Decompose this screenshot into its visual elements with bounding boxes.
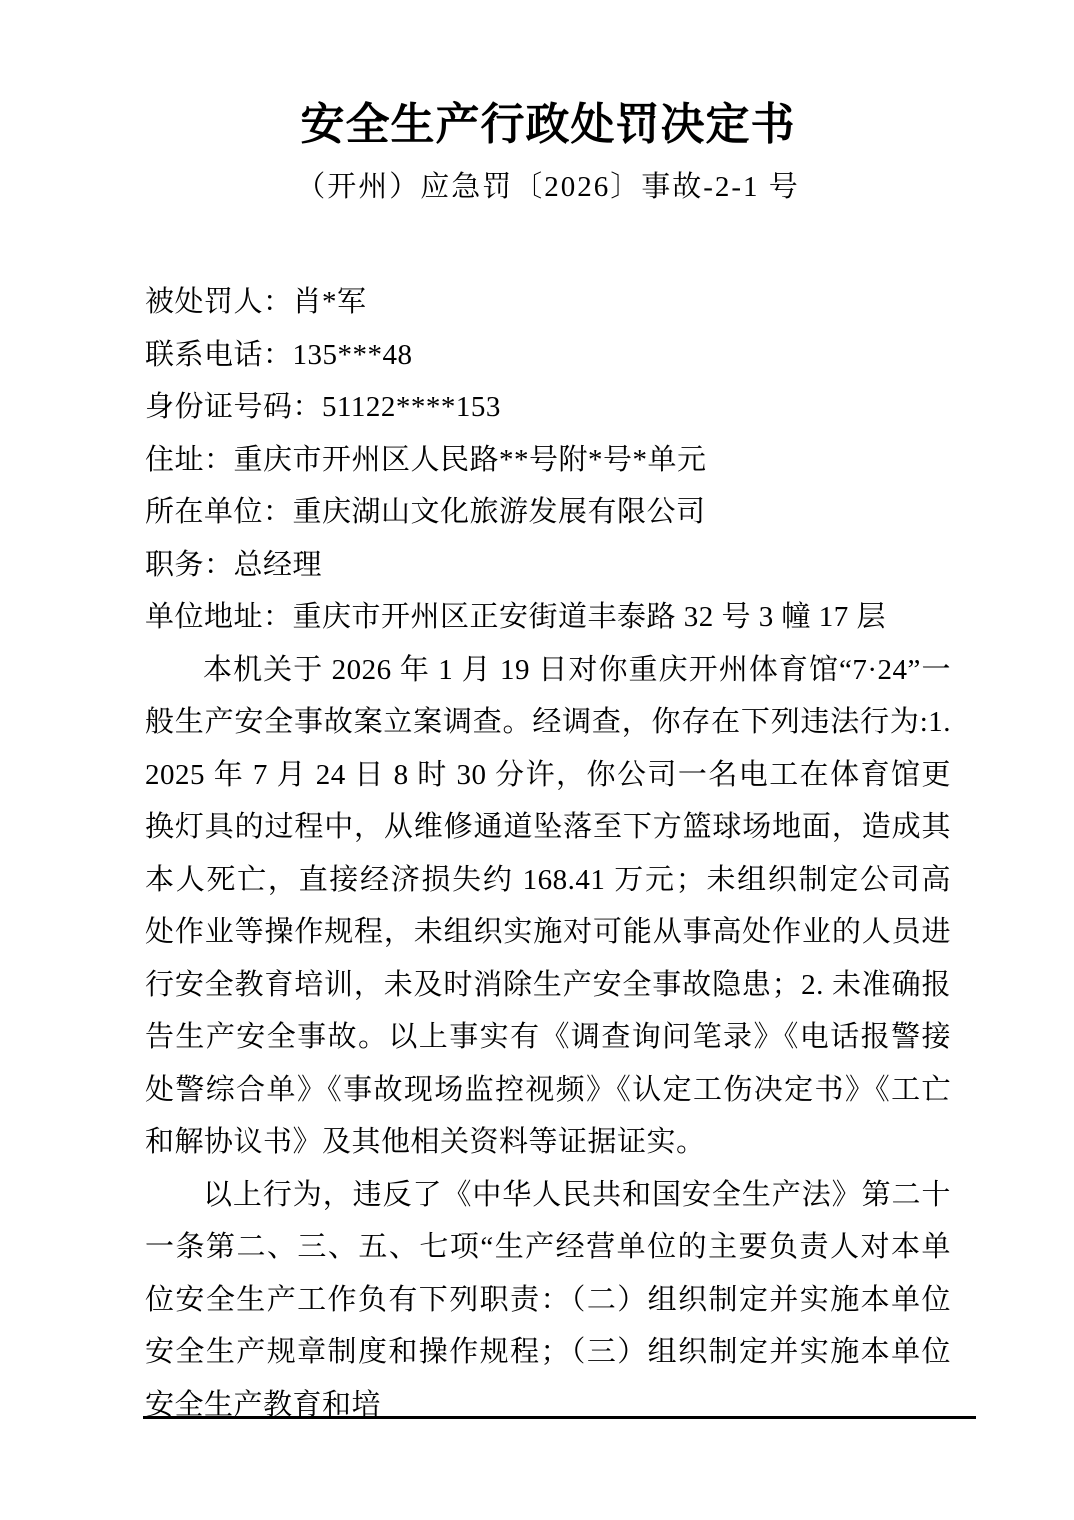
document-number: （开州）应急罚〔2026〕事故-2-1 号 [145, 164, 951, 210]
recipient-info-block: 被处罚人：肖*军 联系电话：135***48 身份证号码：51122****15… [145, 276, 951, 644]
recipient-phone-line: 联系电话：135***48 [145, 329, 951, 382]
recipient-address-line: 住址：重庆市开州区人民路**号附*号*单元 [145, 434, 951, 487]
document-content: 安全生产行政处罚决定书 （开州）应急罚〔2026〕事故-2-1 号 被处罚人：肖… [145, 0, 951, 1431]
recipient-name-line: 被处罚人：肖*军 [145, 276, 951, 329]
recipient-employer-line: 所在单位：重庆湖山文化旅游发展有限公司 [145, 486, 951, 539]
body-paragraph-legal-basis: 以上行为，违反了《中华人民共和国安全生产法》第二十一条第二、三、五、七项“生产经… [145, 1169, 951, 1432]
recipient-id-number-line: 身份证号码：51122****153 [145, 381, 951, 434]
document-title: 安全生产行政处罚决定书 [145, 96, 951, 154]
recipient-employer-address-line: 单位地址：重庆市开州区正安街道丰泰路 32 号 3 幢 17 层 [145, 591, 951, 644]
footer-divider-line [143, 1416, 976, 1419]
document-page: 安全生产行政处罚决定书 （开州）应急罚〔2026〕事故-2-1 号 被处罚人：肖… [0, 0, 1074, 1520]
recipient-job-title-line: 职务：总经理 [145, 539, 951, 592]
body-paragraph-facts: 本机关于 2026 年 1 月 19 日对你重庆开州体育馆“7·24”一般生产安… [145, 644, 951, 1169]
